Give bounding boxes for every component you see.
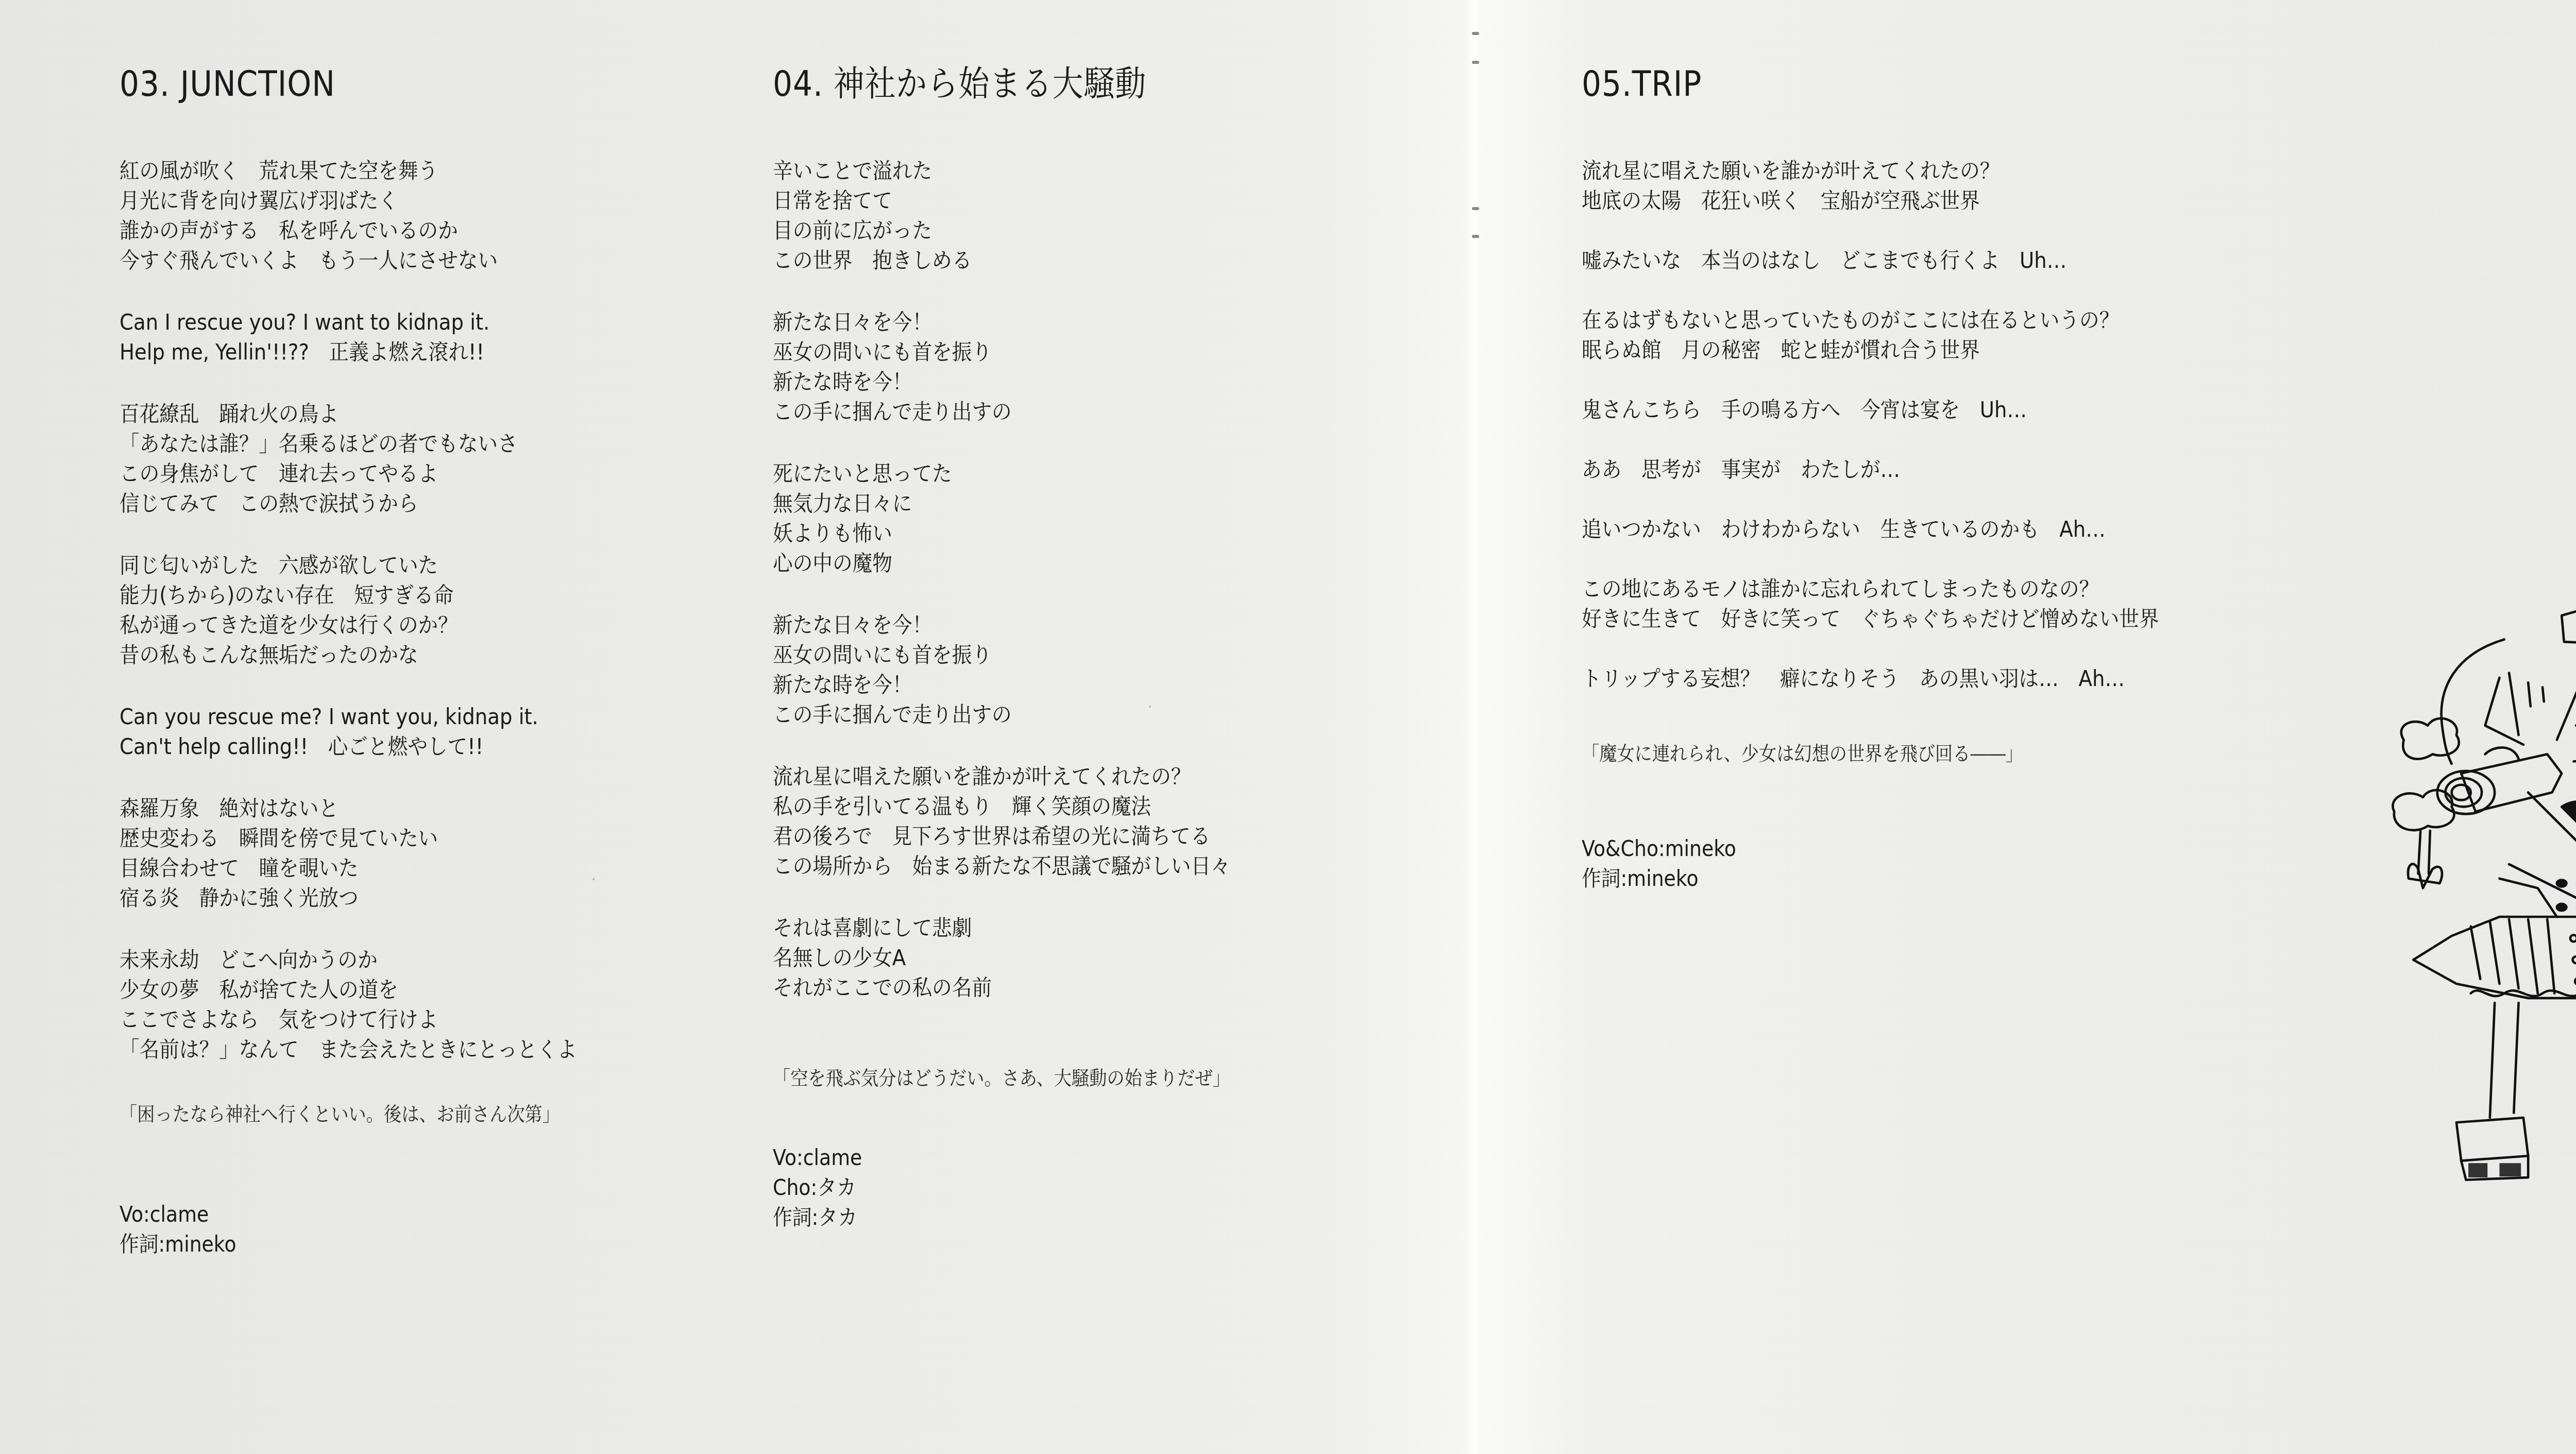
lyric-line: 私が通ってきた道を少女は行くのか？ bbox=[120, 610, 577, 640]
lyric-line: 君の後ろで 見下ろす世界は希望の光に満ちてる bbox=[773, 822, 1241, 851]
lyric-line: 地底の太陽 花狂い咲く 宝船が空飛ぶ世界 bbox=[1582, 186, 2159, 216]
lyric-line: 新たな日々を今！ bbox=[773, 307, 1241, 337]
lyric-line: 今すぐ飛んでいくよ もう一人にさせない bbox=[120, 246, 577, 276]
lyric-line: 名無しの少女A bbox=[773, 943, 1241, 973]
song-block-jinja: 04. 神社から始まる大騒動 辛いことで溢れた日常を捨てて目の前に広がったこの世… bbox=[773, 67, 1281, 1233]
lyric-line: 在るはずもないと思っていたものがここには在るというの？ bbox=[1582, 305, 2159, 335]
stanza: 新たな日々を今！巫女の問いにも首を振り新たな時を今！この手に掴んで走り出すの bbox=[773, 610, 1281, 730]
stanza: 新たな日々を今！巫女の問いにも首を振り新たな時を今！この手に掴んで走り出すの bbox=[773, 307, 1281, 427]
credit-vocal: Vo:clame bbox=[120, 1200, 567, 1229]
lyric-line: それがここでの私の名前 bbox=[773, 973, 1241, 1003]
stanza: 未来永劫 どこへ向かうのか少女の夢 私が捨てた人の道をここでさよなら 気をつけて… bbox=[120, 945, 617, 1065]
song-credits: Vo:clame 作詞:mineko bbox=[120, 1200, 617, 1259]
lyric-line: 流れ星に唱えた願いを誰かが叶えてくれたの？ bbox=[773, 762, 1241, 792]
lyric-line: 新たな時を今！ bbox=[773, 367, 1241, 397]
lyric-line: 昔の私もこんな無垢だったのかな bbox=[120, 640, 577, 670]
center-fold bbox=[1466, 0, 1481, 1454]
stanza: この地にあるモノは誰かに忘れられてしまったものなの？好きに生きて 好きに笑って … bbox=[1582, 574, 2209, 634]
stanza: 同じ匂いがした 六感が欲していた能力(ちから)のない存在 短すぎる命私が通ってき… bbox=[120, 551, 617, 670]
chibi-girl-with-camera-icon bbox=[2380, 582, 2576, 1252]
lyric-line: 能力(ちから)のない存在 短すぎる命 bbox=[120, 580, 577, 610]
stanza: トリップする妄想？ 癖になりそう あの黒い羽は… Ah… bbox=[1582, 664, 2209, 694]
lyric-line: この手に掴んで走り出すの bbox=[773, 397, 1241, 427]
staple-mark bbox=[1472, 32, 1479, 35]
lyric-line: 鬼さんこちら 手の鳴る方へ 今宵は宴を Uh… bbox=[1582, 395, 2159, 425]
lyric-line: 心の中の魔物 bbox=[773, 549, 1241, 578]
lyric-line: 死にたいと思ってた bbox=[773, 459, 1241, 489]
song-credits: Vo:clame Cho:タカ 作詞:タカ bbox=[773, 1143, 1281, 1233]
lyric-line: 無気力な日々に bbox=[773, 489, 1241, 519]
stanza: 鬼さんこちら 手の鳴る方へ 今宵は宴を Uh… bbox=[1582, 395, 2209, 425]
lyric-line: 同じ匂いがした 六感が欲していた bbox=[120, 551, 577, 580]
lyric-line: 嘘みたいな 本当のはなし どこまでも行くよ Uh… bbox=[1582, 246, 2159, 276]
song-title: 05.TRIP bbox=[1582, 67, 2134, 102]
lyric-line: この手に掴んで走り出すの bbox=[773, 700, 1241, 730]
song-block-trip: 05.TRIP 流れ星に唱えた願いを誰かが叶えてくれたの？地底の太陽 花狂い咲く… bbox=[1582, 67, 2209, 894]
lyric-line: Help me, Yellin'!!?? 正義よ燃え滾れ!! bbox=[120, 337, 577, 367]
staple-mark bbox=[1472, 61, 1479, 64]
song-quote: 「魔女に連れられ、少女は幻想の世界を飛び回る――」 bbox=[1582, 740, 2146, 767]
lyric-line: 誰かの声がする 私を呼んでいるのか bbox=[120, 216, 577, 246]
song-quote: 「空を飛ぶ気分はどうだい。さあ、大騒動の始まりだぜ」 bbox=[773, 1065, 1230, 1091]
lyric-line: Can you rescue me? I want you, kidnap it… bbox=[120, 702, 577, 732]
lyric-line: 目線合わせて 瞳を覗いた bbox=[120, 853, 577, 883]
stanza: 流れ星に唱えた願いを誰かが叶えてくれたの？私の手を引いてる温もり 輝く笑顔の魔法… bbox=[773, 762, 1281, 881]
lyric-line: 流れ星に唱えた願いを誰かが叶えてくれたの？ bbox=[1582, 156, 2159, 186]
credit-chorus: Cho:タカ bbox=[773, 1173, 1230, 1203]
lyric-line: 新たな日々を今！ bbox=[773, 610, 1241, 640]
lyrics: 流れ星に唱えた願いを誰かが叶えてくれたの？地底の太陽 花狂い咲く 宝船が空飛ぶ世… bbox=[1582, 156, 2209, 694]
stanza: 辛いことで溢れた日常を捨てて目の前に広がったこの世界 抱きしめる bbox=[773, 156, 1281, 276]
lyric-line: この世界 抱きしめる bbox=[773, 246, 1241, 276]
stanza: 嘘みたいな 本当のはなし どこまでも行くよ Uh… bbox=[1582, 246, 2209, 276]
paper-speck bbox=[592, 878, 595, 880]
song-title: 03. JUNCTION bbox=[120, 67, 557, 102]
lyric-line: 少女の夢 私が捨てた人の道を bbox=[120, 975, 577, 1005]
credit-lyricist: 作詞:タカ bbox=[773, 1203, 1230, 1233]
paper-speck bbox=[1149, 706, 1151, 708]
lyric-line: 新たな時を今！ bbox=[773, 670, 1241, 700]
stanza: Can I rescue you? I want to kidnap it.He… bbox=[120, 307, 617, 367]
stanza: 森羅万象 絶対はないと歴史変わる 瞬間を傍で見ていたい目線合わせて 瞳を覗いた宿… bbox=[120, 794, 617, 913]
lyric-line: 妖よりも怖い bbox=[773, 519, 1241, 549]
lyric-line: 歴史変わる 瞬間を傍で見ていたい bbox=[120, 824, 577, 853]
lyric-line: それは喜劇にして悲劇 bbox=[773, 913, 1241, 943]
stanza: 追いつかない わけわからない 生きているのかも Ah… bbox=[1582, 515, 2209, 544]
credit-lyricist: 作詞:mineko bbox=[1582, 864, 2146, 894]
lyrics: 辛いことで溢れた日常を捨てて目の前に広がったこの世界 抱きしめる新たな日々を今！… bbox=[773, 156, 1281, 1003]
song-quote: 「困ったなら神社へ行くといい。後は、お前さん次第」 bbox=[120, 1101, 567, 1127]
lyric-line: 「名前は？」なんて また会えたときにとっとくよ bbox=[120, 1035, 577, 1065]
lyric-line: 百花繚乱 踊れ火の鳥よ bbox=[120, 399, 577, 429]
lyric-line: 日常を捨てて bbox=[773, 186, 1241, 216]
stanza: 紅の風が吹く 荒れ果てた空を舞う月光に背を向け翼広げ羽ばたく誰かの声がする 私を… bbox=[120, 156, 617, 276]
lyric-line: この地にあるモノは誰かに忘れられてしまったものなの？ bbox=[1582, 574, 2159, 604]
song-block-junction: 03. JUNCTION 紅の風が吹く 荒れ果てた空を舞う月光に背を向け翼広げ羽… bbox=[120, 67, 617, 1259]
stanza: 死にたいと思ってた無気力な日々に妖よりも怖い心の中の魔物 bbox=[773, 459, 1281, 578]
stanza: Can you rescue me? I want you, kidnap it… bbox=[120, 702, 617, 762]
song-title: 04. 神社から始まる大騒動 bbox=[773, 67, 1220, 102]
lyric-line: 未来永劫 どこへ向かうのか bbox=[120, 945, 577, 975]
lyric-line: 私の手を引いてる温もり 輝く笑顔の魔法 bbox=[773, 792, 1241, 822]
lyric-line: 信じてみて この熱で涙拭うから bbox=[120, 489, 577, 519]
credit-lyricist: 作詞:mineko bbox=[120, 1229, 567, 1259]
lyric-line: Can't help calling!! 心ごと燃やして!! bbox=[120, 732, 577, 762]
lyrics: 紅の風が吹く 荒れ果てた空を舞う月光に背を向け翼広げ羽ばたく誰かの声がする 私を… bbox=[120, 156, 617, 1065]
lyric-line: 森羅万象 絶対はないと bbox=[120, 794, 577, 824]
lyric-line: 宿る炎 静かに強く光放つ bbox=[120, 883, 577, 913]
stanza: それは喜劇にして悲劇名無しの少女Aそれがここでの私の名前 bbox=[773, 913, 1281, 1003]
lyric-line: この場所から 始まる新たな不思議で騒がしい日々 bbox=[773, 851, 1241, 881]
lyric-line: 眠らぬ館 月の秘密 蛇と蛙が慣れ合う世界 bbox=[1582, 335, 2159, 365]
stanza: 在るはずもないと思っていたものがここには在るというの？眠らぬ館 月の秘密 蛇と蛙… bbox=[1582, 305, 2209, 365]
lyric-line: 目の前に広がった bbox=[773, 216, 1241, 246]
lyric-line: ああ 思考が 事実が わたしが… bbox=[1582, 455, 2159, 485]
credit-vocal-chorus: Vo&Cho:mineko bbox=[1582, 834, 2146, 864]
lyric-line: 紅の風が吹く 荒れ果てた空を舞う bbox=[120, 156, 577, 186]
lyric-line: 巫女の問いにも首を振り bbox=[773, 337, 1241, 367]
stanza: ああ 思考が 事実が わたしが… bbox=[1582, 455, 2209, 485]
lyric-line: 好きに生きて 好きに笑って ぐちゃぐちゃだけど憎めない世界 bbox=[1582, 604, 2159, 634]
lyric-line: この身焦がして 連れ去ってやるよ bbox=[120, 459, 577, 489]
lyric-line: 追いつかない わけわからない 生きているのかも Ah… bbox=[1582, 515, 2159, 544]
stanza: 流れ星に唱えた願いを誰かが叶えてくれたの？地底の太陽 花狂い咲く 宝船が空飛ぶ世… bbox=[1582, 156, 2209, 216]
credit-vocal: Vo:clame bbox=[773, 1143, 1230, 1173]
staple-mark bbox=[1472, 235, 1479, 238]
lyric-line: 月光に背を向け翼広げ羽ばたく bbox=[120, 186, 577, 216]
lyric-line: ここでさよなら 気をつけて行けよ bbox=[120, 1005, 577, 1035]
lyric-line: Can I rescue you? I want to kidnap it. bbox=[120, 307, 577, 337]
lyric-line: トリップする妄想？ 癖になりそう あの黒い羽は… Ah… bbox=[1582, 664, 2159, 694]
lyric-line: 辛いことで溢れた bbox=[773, 156, 1241, 186]
staple-mark bbox=[1472, 207, 1479, 210]
stanza: 百花繚乱 踊れ火の鳥よ「あなたは誰？」名乗るほどの者でもないさこの身焦がして 連… bbox=[120, 399, 617, 519]
lyric-line: 「あなたは誰？」名乗るほどの者でもないさ bbox=[120, 429, 577, 459]
song-credits: Vo&Cho:mineko 作詞:mineko bbox=[1582, 834, 2209, 894]
lyric-line: 巫女の問いにも首を振り bbox=[773, 640, 1241, 670]
